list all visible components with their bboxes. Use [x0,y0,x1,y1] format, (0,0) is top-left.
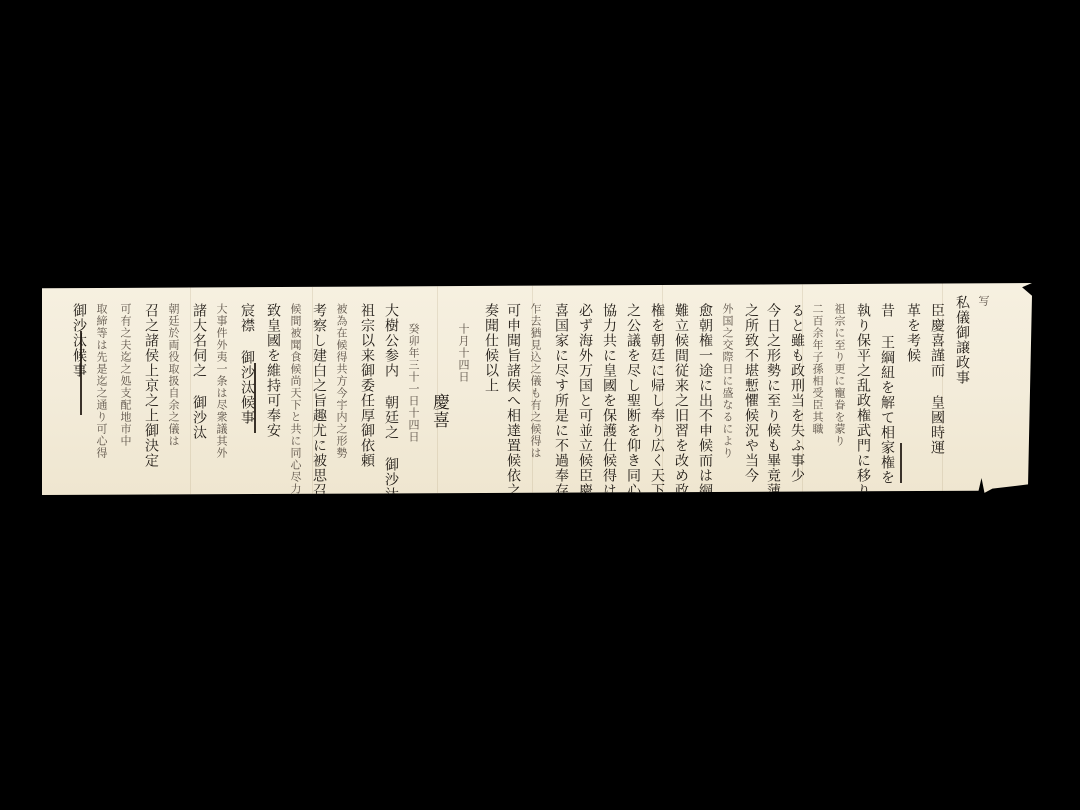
calligraphy-column: 可申聞旨諸侯へ相達置候依之此段謹而 [506,303,520,558]
calligraphy-column: 諸大名伺之 御沙汰 [192,303,206,440]
calligraphy-column: 祖宗以来御委任厚御依頼 [360,303,374,468]
calligraphy-column: 大樹公参内 朝廷之 御沙汰 [384,303,398,502]
calligraphy-column: 朝廷於両役取扱自余之儀は [168,303,179,447]
calligraphy-column: 慶喜 [430,393,447,429]
calligraphy-column: 喜国家に尽す所是に不過奉存候 [554,303,568,513]
calligraphy-column: 乍去猶見込之儀も有之候得は [530,303,541,459]
calligraphy-column: 御沙汰候事 [72,303,86,378]
calligraphy-column: 十月十四日 [458,323,469,383]
calligraphy-column: 之所致不堪慙懼候況や当今 [744,303,758,483]
calligraphy-column: 写 [978,295,989,307]
calligraphy-column: 権を朝廷に帰し奉り広く天下 [650,303,664,498]
calligraphy-column: 今日之形勢に至り候も畢竟薄徳 [766,303,780,513]
calligraphy-column: 昔 王綱紐を解て相家権を [880,303,894,485]
calligraphy-column: 二百余年子孫相受臣其職 [812,303,823,435]
calligraphy-column: 外国之交際日に盛なるにより [722,303,733,459]
calligraphy-column: 臣慶喜謹而 皇國時運 [930,303,944,455]
handscroll-document: 写私儀御譲政事臣慶喜謹而 皇國時運革を考候昔 王綱紐を解て相家権を執り保平之乱政… [42,283,1032,495]
calligraphy-column: 祖宗に至り更に寵眷を蒙り [834,303,845,447]
calligraphy-column: 被為在候得共方今宇内之形勢 [336,303,347,459]
ink-stroke [900,443,902,483]
calligraphy-column: 愈朝権一途に出不申候而は綱紀 [698,303,712,513]
calligraphy-column: ると雖も政刑当を失ふ事少 [790,303,804,483]
calligraphy-column: 協力共に皇國を保護仕候得は [602,303,616,498]
calligraphy-column: 召之諸侯上京之上御決定 [144,303,158,468]
calligraphy-column: 之公議を尽し聖断を仰き同心 [626,303,640,498]
calligraphy-column: 考察し建白之旨趣尤に被思召 [312,303,326,498]
calligraphy-column: 難立候間従来之旧習を改め政 [674,303,688,498]
calligraphy-column: 必ず海外万国と可並立候臣慶 [578,303,592,498]
calligraphy-column: 癸卯年三十一日十四日 [408,323,419,443]
fold-crease [437,283,438,495]
calligraphy-column: 宸襟 御沙汰候事 [240,303,254,425]
calligraphy-column: 可有之夫迄之処支配地市中 [120,303,131,447]
calligraphy-column: 大事件外夷一条は尽衆議其外 [216,303,227,459]
calligraphy-column: 致皇國を維持可奉安 [266,303,280,438]
calligraphy-column: 執り保平之乱政権武門に移り [856,303,870,498]
calligraphy-column: 奏聞仕候以上 [484,303,498,393]
calligraphy-column: 取締等は先是迄之通り可心得 [96,303,107,459]
calligraphy-column: 私儀御譲政事 [955,295,969,385]
calligraphy-column: 革を考候 [906,303,920,363]
calligraphy-column: 候間被聞食候尚天下と共に同心尽力 [290,303,301,495]
